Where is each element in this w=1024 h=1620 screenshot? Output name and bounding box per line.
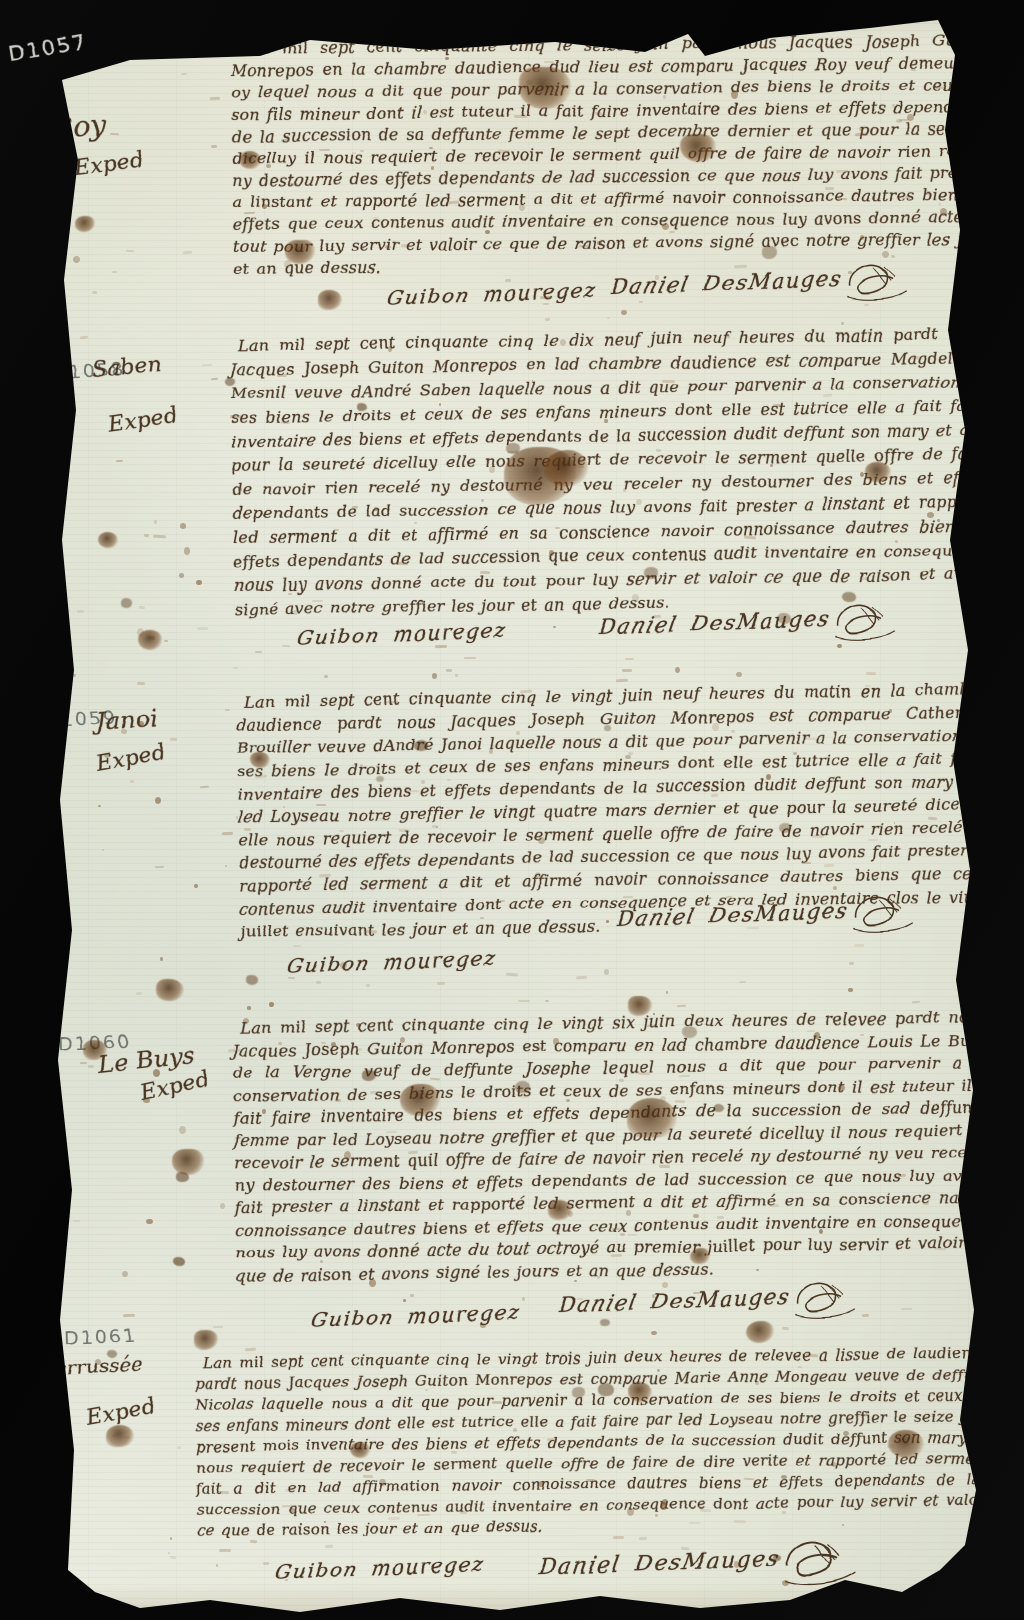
archive-ref-label: D1057 — [7, 30, 89, 66]
page-number: 84 — [81, 25, 128, 63]
signature-clerk: Guibon mouregez — [274, 1552, 487, 1583]
signature-clerk: Guibon mouregez — [386, 278, 599, 309]
manuscript-page: D1058 D1059 D1060 D1061 84 Roy Exped Sab… — [0, 0, 1024, 1620]
margin-exped-note: Exped — [94, 740, 167, 777]
margin-entry-name: Verrussée — [41, 1351, 143, 1380]
margin-exped-note: Exped — [107, 403, 179, 437]
signature-paraph-flourish — [846, 260, 910, 306]
signature-clerk: Guibon mouregez — [286, 946, 499, 977]
entry-text: Lan mil sept cent cinquante cinq le ving… — [232, 1007, 992, 1288]
black-backing-board: D1058 D1059 D1060 D1061 84 Roy Exped Sab… — [0, 0, 1024, 1620]
entry-text: Lan mil sept cent cinquante cinq le ving… — [195, 1343, 991, 1542]
signature-clerk: Guibon mouregez — [296, 618, 509, 649]
margin-entry-name: Saben — [91, 352, 162, 383]
signature-judge: Daniel DesMauges — [558, 1285, 792, 1317]
entry-text: Lan mil sept cent cinquante cinq le seiz… — [231, 30, 991, 280]
signature-paraph-flourish — [794, 1278, 858, 1324]
margin-entry-name: Janoi — [95, 704, 158, 735]
signature-paraph-flourish — [783, 1536, 857, 1590]
signature-paraph-flourish — [852, 892, 916, 938]
margin-entry-name: Roy — [51, 108, 107, 145]
manuscript-scan: { "page": { "number": "84", "signatures"… — [0, 0, 1024, 1620]
signature-judge: Daniel DesMauges — [598, 607, 832, 639]
margin-exped-note: Exped — [73, 148, 145, 181]
entry-text: Lan mil sept cent cinquante cinq le dix … — [230, 322, 992, 622]
signature-judge: Daniel DesMauges — [616, 899, 850, 931]
signature-clerk: Guibon mouregez — [310, 1300, 523, 1331]
signature-judge: Daniel DesMauges — [610, 267, 844, 299]
margin-exped-note: Exped — [84, 1394, 157, 1431]
signature-paraph-flourish — [834, 600, 898, 646]
signature-judge: Daniel DesMauges — [538, 1546, 782, 1579]
archive-ref-label: D1061 — [64, 1325, 138, 1350]
